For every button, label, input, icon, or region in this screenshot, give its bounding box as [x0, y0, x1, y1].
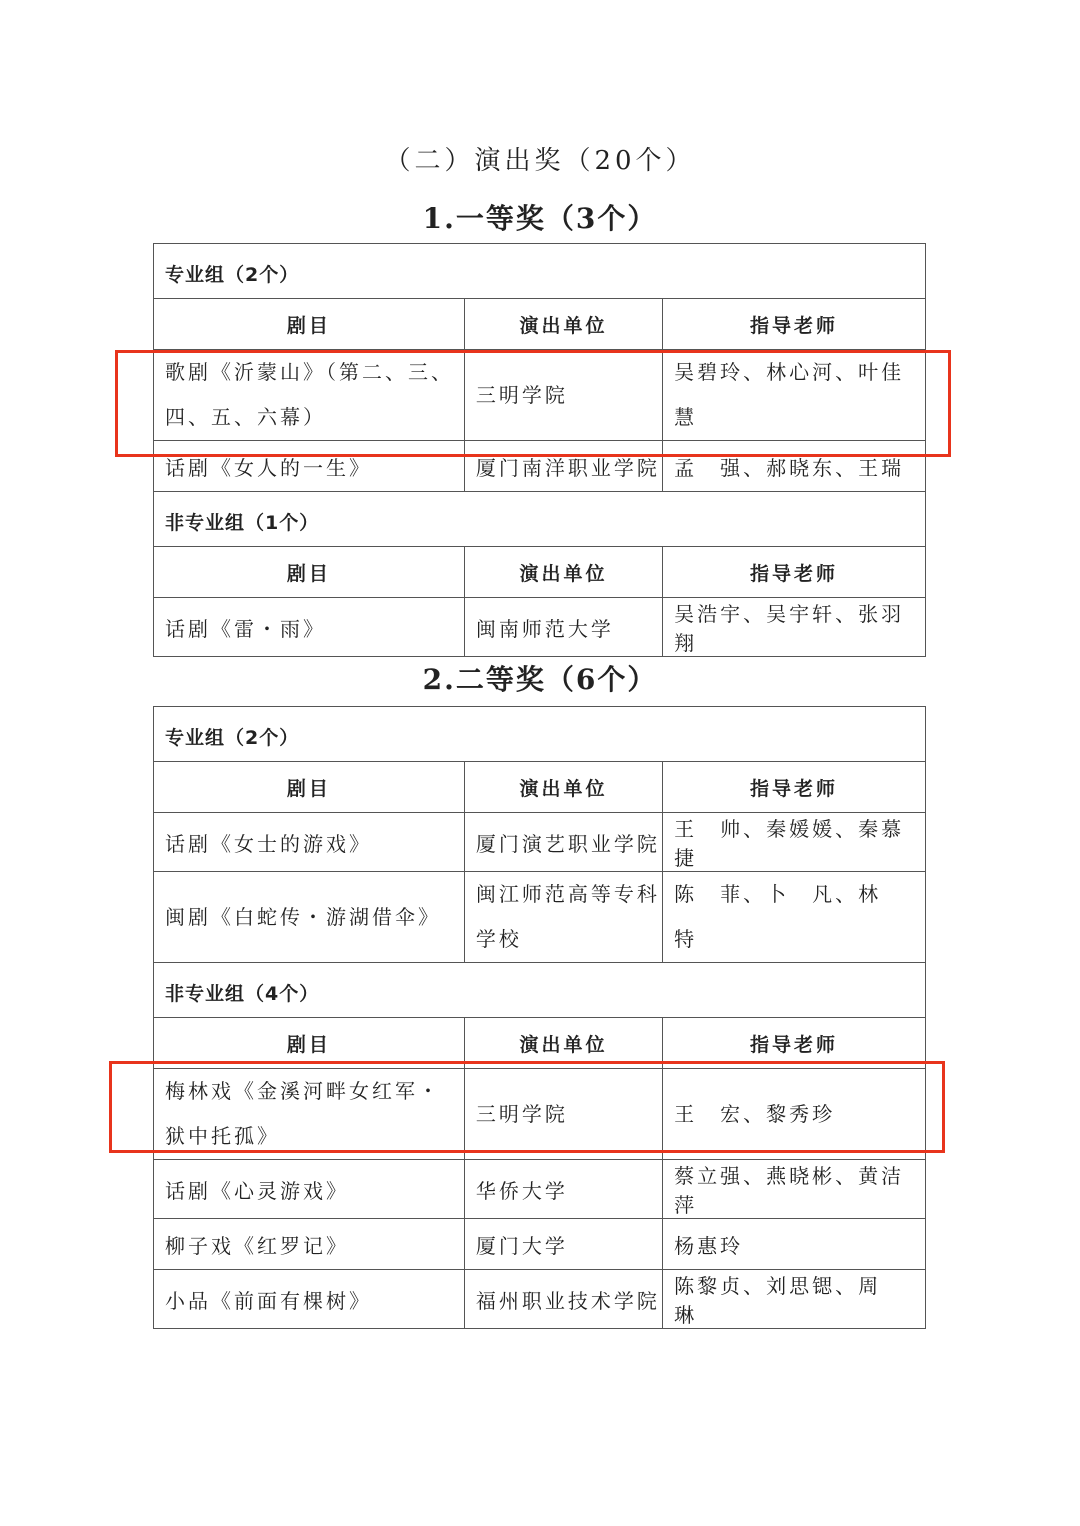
cell-play: 柳子戏《红罗记》	[154, 1219, 465, 1270]
highlight-box	[109, 1061, 945, 1153]
table-row: 话剧《心灵游戏》 华侨大学 蔡立强、燕晓彬、黄洁萍	[154, 1160, 926, 1219]
group-label: 非专业组（1个）	[154, 492, 926, 547]
column-header: 指导老师	[663, 299, 926, 350]
cell-play: 话剧《女士的游戏》	[154, 813, 465, 872]
cell-teachers: 蔡立强、燕晓彬、黄洁萍	[663, 1160, 926, 1219]
group-label: 专业组（2个）	[154, 707, 926, 762]
cell-unit: 闽南师范大学	[464, 598, 662, 657]
section-title: （二）演出奖（20个）	[0, 140, 1080, 177]
cell-unit: 福州职业技术学院	[464, 1270, 662, 1329]
cell-unit: 华侨大学	[464, 1160, 662, 1219]
cell-unit: 厦门大学	[464, 1219, 662, 1270]
first-prize-title: 1.一等奖（3个）	[0, 197, 1080, 237]
cell-teachers: 杨惠玲	[663, 1219, 926, 1270]
column-header: 指导老师	[663, 762, 926, 813]
cell-teachers: 吴浩宇、吴宇轩、张羽翔	[663, 598, 926, 657]
cell-teachers: 王 帅、秦媛媛、秦慕捷	[663, 813, 926, 872]
cell-play: 闽剧《白蛇传・游湖借伞》	[154, 872, 465, 963]
column-header: 剧目	[154, 547, 465, 598]
column-header: 演出单位	[464, 762, 662, 813]
column-header: 剧目	[154, 762, 465, 813]
table-row: 闽剧《白蛇传・游湖借伞》 闽江师范高等专科学校 陈 菲、卜 凡、林 特	[154, 872, 926, 963]
second-prize-table: 专业组（2个） 剧目 演出单位 指导老师 话剧《女士的游戏》 厦门演艺职业学院 …	[153, 706, 926, 1329]
column-header: 演出单位	[464, 299, 662, 350]
cell-teachers: 陈 菲、卜 凡、林 特	[663, 872, 926, 963]
cell-play: 话剧《雷・雨》	[154, 598, 465, 657]
second-prize-title: 2.二等奖（6个）	[0, 658, 1080, 698]
group-label: 专业组（2个）	[154, 244, 926, 299]
table-row: 小品《前面有棵树》 福州职业技术学院 陈黎贞、刘思锶、周 琳	[154, 1270, 926, 1329]
column-header: 剧目	[154, 299, 465, 350]
cell-unit: 闽江师范高等专科学校	[464, 872, 662, 963]
cell-teachers: 陈黎贞、刘思锶、周 琳	[663, 1270, 926, 1329]
column-header: 演出单位	[464, 547, 662, 598]
table-row: 柳子戏《红罗记》 厦门大学 杨惠玲	[154, 1219, 926, 1270]
highlight-box	[115, 350, 951, 457]
table-row: 话剧《雷・雨》 闽南师范大学 吴浩宇、吴宇轩、张羽翔	[154, 598, 926, 657]
column-header: 指导老师	[663, 547, 926, 598]
cell-play: 话剧《心灵游戏》	[154, 1160, 465, 1219]
cell-unit: 厦门演艺职业学院	[464, 813, 662, 872]
cell-play: 小品《前面有棵树》	[154, 1270, 465, 1329]
table-row: 话剧《女士的游戏》 厦门演艺职业学院 王 帅、秦媛媛、秦慕捷	[154, 813, 926, 872]
group-label: 非专业组（4个）	[154, 963, 926, 1018]
